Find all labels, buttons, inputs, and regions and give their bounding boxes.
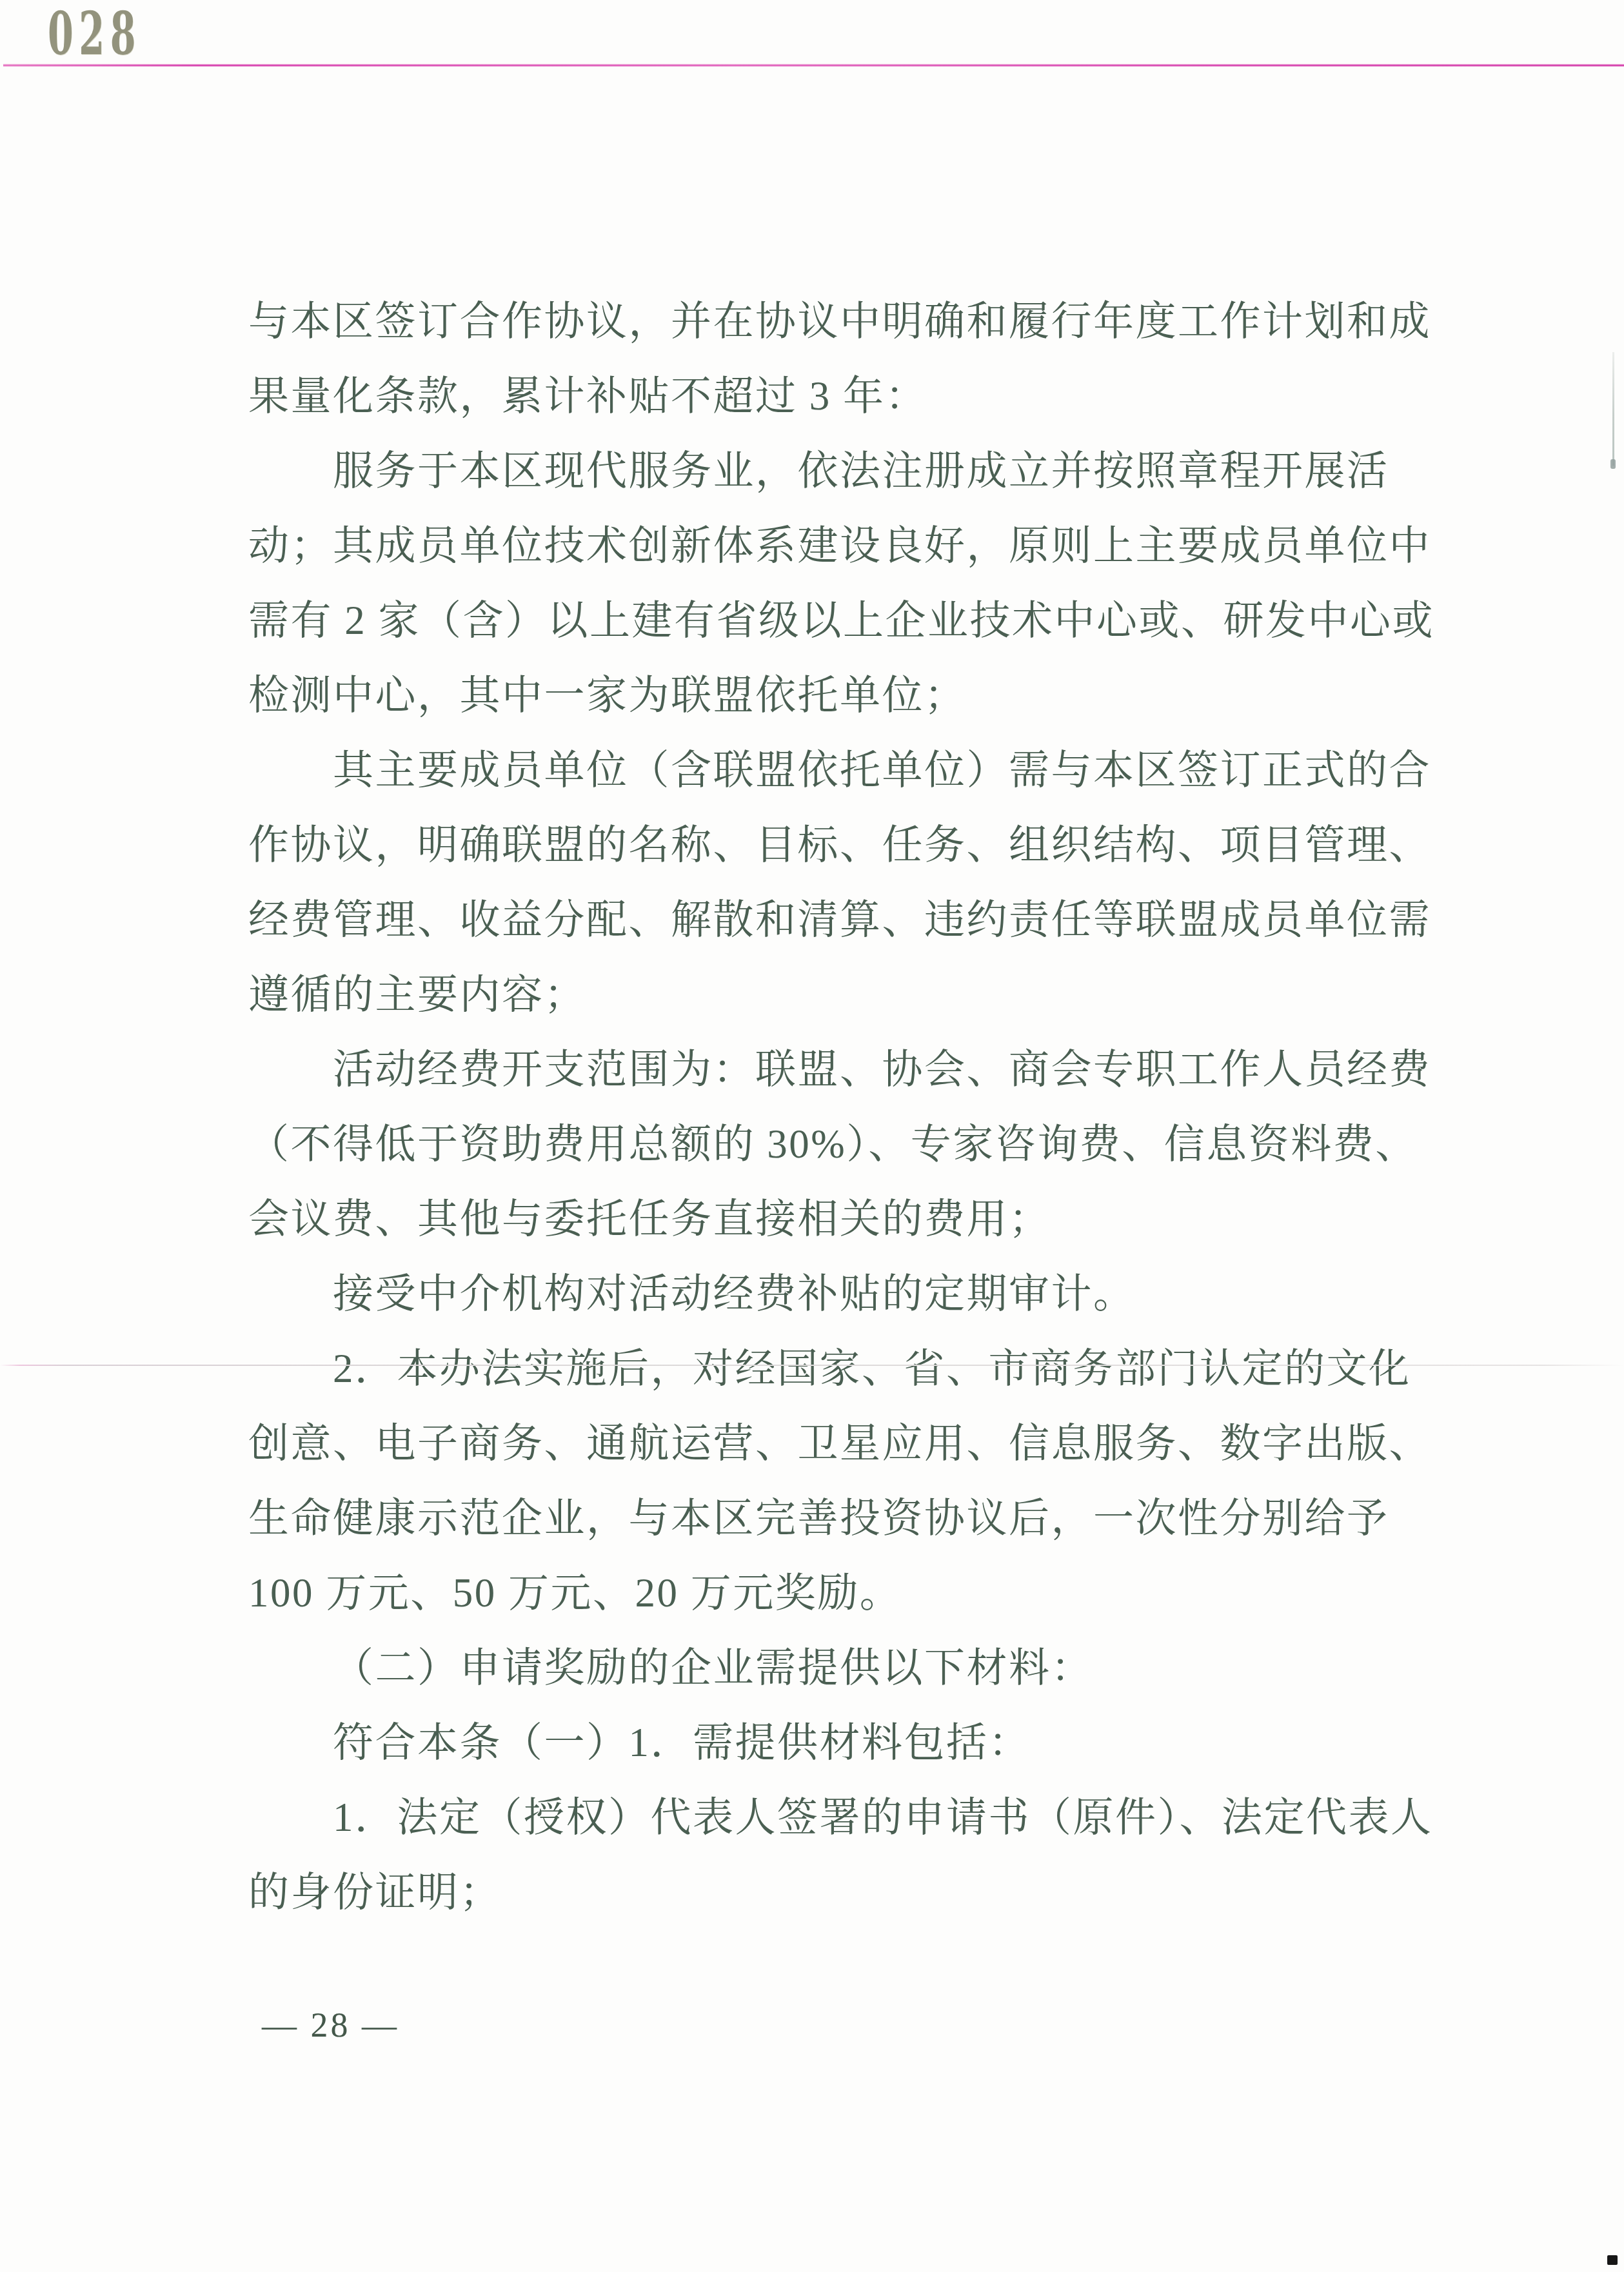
scan-artifact-right-line-tip [1610, 459, 1616, 469]
faint-divider-line [0, 1365, 1624, 1366]
page-stamp-number: 028 [48, 4, 141, 63]
text-line: 服务于本区现代服务业，依法注册成立并按照章程开展活 [248, 433, 1435, 508]
document-body: 与本区签订合作协议，并在协议中明确和履行年度工作计划和成果量化条款，累计补贴不超… [248, 284, 1435, 1930]
text-line: 1．法定（授权）代表人签署的申请书（原件）、法定代表人 [248, 1780, 1435, 1855]
text-line: 作协议，明确联盟的名称、目标、任务、组织结构、项目管理、 [248, 807, 1435, 882]
text-line: 100 万元、50 万元、20 万元奖励。 [248, 1556, 1435, 1630]
text-line: 符合本条（一）1．需提供材料包括： [248, 1705, 1435, 1780]
text-line: 检测中心，其中一家为联盟依托单位； [248, 658, 1435, 733]
text-line: 接受中介机构对活动经费补贴的定期审计。 [248, 1256, 1435, 1331]
text-line: （不得低于资助费用总额的 30%）、专家咨询费、信息资料费、 [248, 1107, 1435, 1181]
text-line: 生命健康示范企业，与本区完善投资协议后，一次性分别给予 [248, 1481, 1435, 1556]
text-line: 2．本办法实施后，对经国家、省、市商务部门认定的文化 [248, 1331, 1435, 1406]
text-line: 果量化条款，累计补贴不超过 3 年： [248, 359, 1435, 433]
text-line: 创意、电子商务、通航运营、卫星应用、信息服务、数字出版、 [248, 1406, 1435, 1481]
scan-artifact-corner-mark [1607, 2255, 1618, 2265]
text-line: 的身份证明； [248, 1855, 1435, 1930]
text-line: （二）申请奖励的企业需提供以下材料： [248, 1630, 1435, 1705]
text-line: 与本区签订合作协议，并在协议中明确和履行年度工作计划和成 [248, 284, 1435, 359]
document-page: 028 与本区签订合作协议，并在协议中明确和履行年度工作计划和成果量化条款，累计… [0, 0, 1624, 2272]
top-separator-line [3, 64, 1624, 66]
text-line: 动；其成员单位技术创新体系建设良好，原则上主要成员单位中 [248, 508, 1435, 583]
text-line: 其主要成员单位（含联盟依托单位）需与本区签订正式的合 [248, 733, 1435, 807]
text-line: 会议费、其他与委托任务直接相关的费用； [248, 1181, 1435, 1256]
page-number-footer: — 28 — [262, 2004, 399, 2046]
text-line: 活动经费开支范围为：联盟、协会、商会专职工作人员经费 [248, 1032, 1435, 1107]
text-line: 经费管理、收益分配、解散和清算、违约责任等联盟成员单位需 [248, 882, 1435, 957]
text-line: 需有 2 家（含）以上建有省级以上企业技术中心或、研发中心或 [248, 583, 1435, 658]
text-line: 遵循的主要内容； [248, 957, 1435, 1032]
scan-artifact-right-line [1612, 352, 1614, 466]
